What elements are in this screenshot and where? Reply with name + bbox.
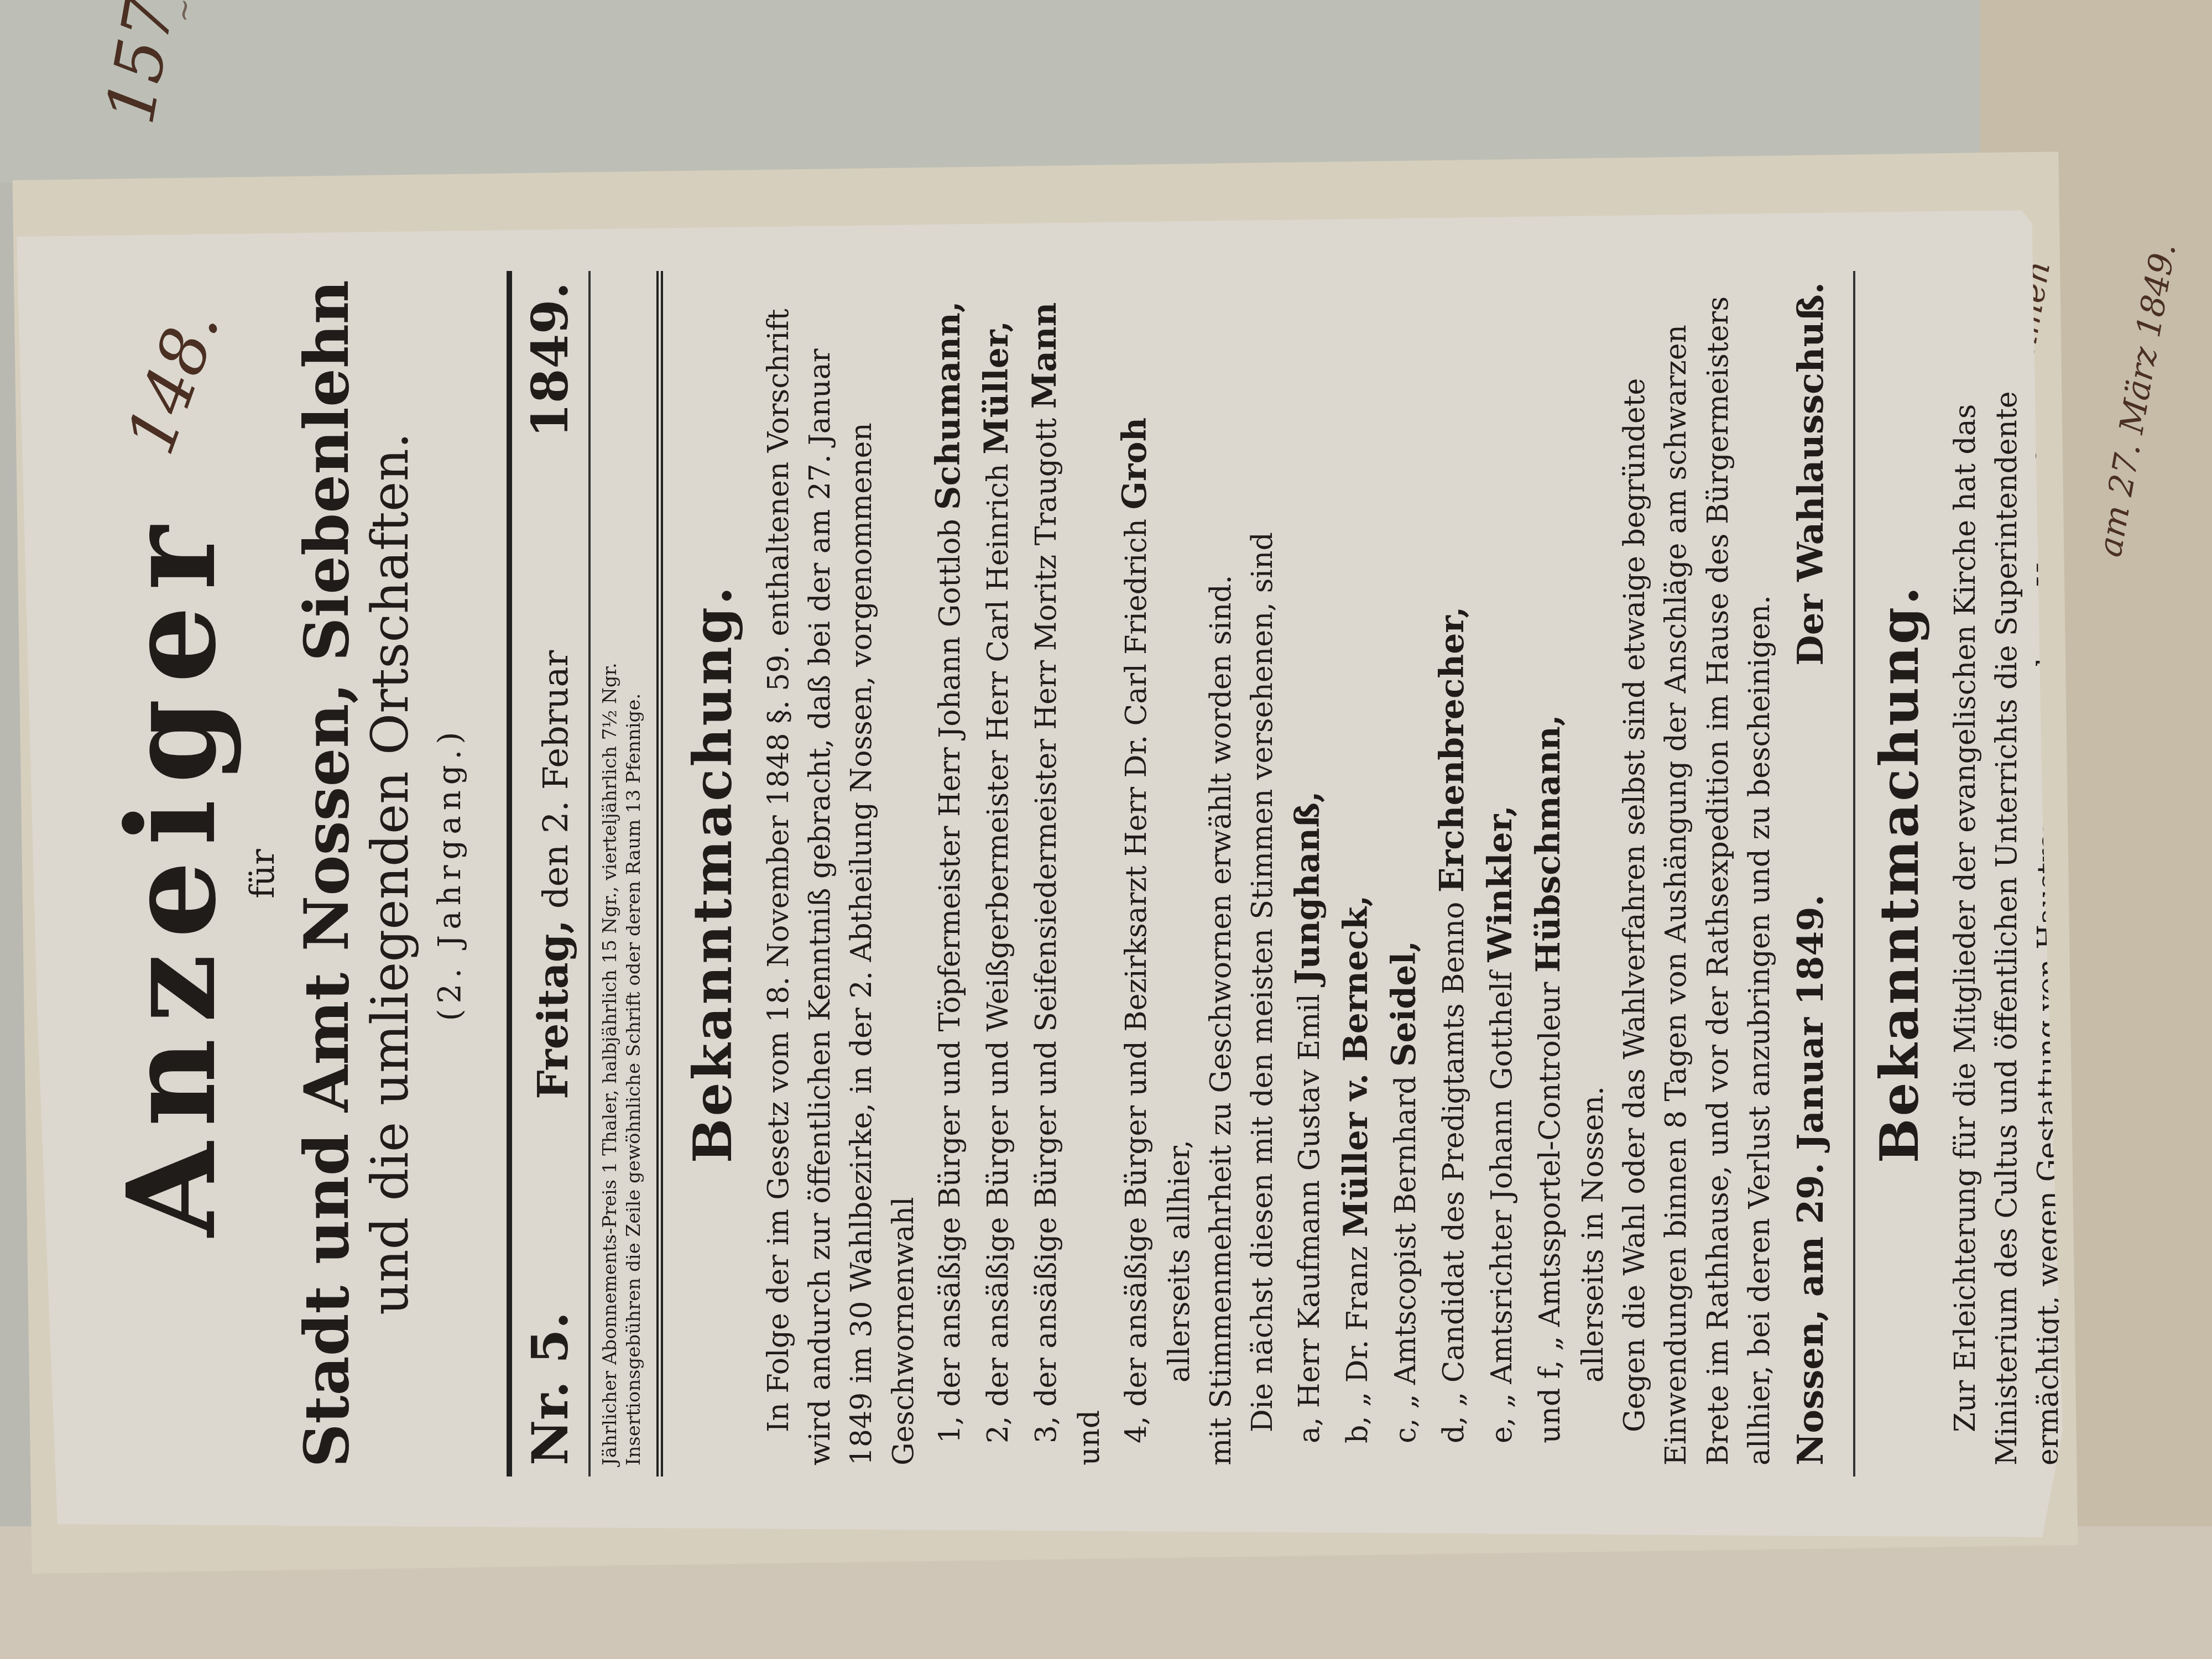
runner-name: Müller v. Berneck,: [1337, 895, 1375, 1237]
issue-bar: Nr. 5. Freitag, den 2. Februar 1849.: [507, 271, 591, 1477]
runner-text: „ Amtsrichter Johann Gotthelf: [1485, 971, 1519, 1408]
issue-weekday: Freitag,: [530, 920, 577, 1099]
electee-name: Schumann,: [929, 301, 968, 510]
issue-date: Freitag, den 2. Februar: [530, 650, 577, 1099]
runner-letter: b,: [1341, 1416, 1374, 1443]
volume-label: (2. Jahrgang.): [432, 238, 468, 1510]
electee-row: 4, der ansäßige Bürger und Bezirksarzt H…: [1111, 282, 1159, 1465]
electee-num: 2,: [982, 1416, 1015, 1443]
electee-row: 1, der ansäßige Bürger und Töpfermeister…: [925, 282, 973, 1465]
electee-text: der ansäßige Bürger und Bezirksarzt Herr…: [1120, 519, 1153, 1407]
runner-letter: und f,: [1533, 1360, 1567, 1443]
masthead-subtitle-1: Stadt und Amt Nossen, Siebenlehn: [293, 238, 360, 1510]
runner-text: „ Amtssportel-Controleur: [1533, 982, 1567, 1350]
electees-suffix: allerseits allhier,: [1159, 282, 1201, 1465]
issue-number: Nr. 5.: [521, 1312, 580, 1465]
runner-text: Herr Kaufmann Gustav Emil: [1293, 994, 1326, 1408]
runner-up-row: und f, „ Amtssportel-Controleur Hübschma…: [1525, 282, 1573, 1465]
runner-name: Seidel,: [1385, 941, 1423, 1067]
runner-name: Hübschmann,: [1529, 714, 1568, 973]
notice-jury-election: Bekanntmachung. In Folge der im Gesetz v…: [674, 282, 1837, 1465]
pricing-line-2: Insertionsgebühren die Zeile gewöhnliche…: [622, 282, 646, 1465]
runner-up-row: a, Herr Kaufmann Gustav Emil Junghanß,: [1284, 282, 1332, 1465]
objection-paragraph: Gegen die Wahl oder das Wahlverfahren se…: [1614, 282, 1781, 1465]
signature: Der Wahlausschuß.: [1786, 282, 1837, 666]
runners-intro: Die nächst diesen mit den meisten Stimme…: [1242, 282, 1284, 1465]
runner-text: „ Dr. Franz: [1341, 1246, 1374, 1406]
electee-text: der ansäßige Bürger und Seifensiedermeis…: [1030, 418, 1063, 1407]
pricing-line-1: Jährlicher Abonnements-Preis 1 Thaler, h…: [598, 282, 622, 1465]
electee-row: und: [1069, 282, 1110, 1465]
electee-num: 1,: [933, 1416, 967, 1443]
runner-text: „ Candidat des Predigtamts Benno: [1437, 902, 1470, 1407]
electee-name: Mann: [1025, 302, 1064, 409]
notice-2-heading: Bekanntmachung.: [1861, 282, 1938, 1465]
electee-row: 2, der ansäßige Bürger und Weißgerbermei…: [973, 282, 1021, 1465]
electee-name: Müller,: [977, 321, 1016, 455]
newspaper-title: Anzeiger: [111, 238, 232, 1510]
runner-text: „ Amtscopist Bernhard: [1389, 1076, 1422, 1408]
issue-date-text: den 2. Februar: [535, 650, 576, 909]
electee-num: 3,: [1030, 1416, 1063, 1443]
issue-year: 1849.: [521, 282, 580, 438]
runner-letter: c,: [1389, 1418, 1422, 1443]
electee-text: der ansäßige Bürger und Töpfermeister He…: [933, 519, 967, 1406]
runner-up-row: c, „ Amtscopist Bernhard Seidel,: [1380, 282, 1428, 1465]
rotated-page-content: Anzeiger für Stadt und Amt Nossen, Siebe…: [44, 238, 2035, 1510]
runner-up-row: e, „ Amtsrichter Johann Gotthelf Winkler…: [1477, 282, 1525, 1465]
runner-name: Winkler,: [1481, 805, 1520, 962]
section-divider: [1853, 271, 1855, 1477]
electee-name: Groh: [1115, 418, 1154, 510]
runner-up-row: b, „ Dr. Franz Müller v. Berneck,: [1332, 282, 1380, 1465]
masthead-for: für: [243, 238, 282, 1510]
runners-suffix: allerseits in Nossen.: [1573, 282, 1614, 1465]
masthead: Anzeiger für Stadt und Amt Nossen, Siebe…: [44, 238, 468, 1510]
runner-name: Erchenbrecher,: [1433, 607, 1472, 893]
electee-num: 4,: [1120, 1416, 1153, 1443]
runner-name: Junghanß,: [1288, 791, 1327, 984]
newspaper-sheet: 148. Anzeiger für Stadt und Amt Nossen, …: [17, 210, 2063, 1537]
runner-letter: d,: [1437, 1416, 1470, 1443]
pricing-info: Jährlicher Abonnements-Preis 1 Thaler, h…: [598, 282, 645, 1465]
electee-text: der ansäßige Bürger und Weißgerbermeiste…: [982, 463, 1015, 1407]
signature-line: Nossen, am 29. Januar 1849. Der Wahlauss…: [1786, 282, 1837, 1465]
runner-up-row: d, „ Candidat des Predigtamts Benno Erch…: [1428, 282, 1477, 1465]
majority-line: mit Stimmenmehrheit zu Geschwornen erwäh…: [1201, 282, 1242, 1465]
notice-1-heading: Bekanntmachung.: [674, 282, 751, 1465]
place-date: Nossen, am 29. Januar 1849.: [1786, 894, 1837, 1465]
notice-1-intro: In Folge der im Gesetz vom 18. November …: [758, 282, 925, 1465]
runner-letter: a,: [1293, 1417, 1326, 1443]
masthead-subtitle-2: und die umliegenden Ortschaften.: [360, 238, 421, 1510]
runner-letter: e,: [1485, 1417, 1519, 1443]
double-rule: [656, 271, 663, 1477]
electee-row: 3, der ansäßige Bürger und Seifensiederm…: [1021, 282, 1069, 1465]
